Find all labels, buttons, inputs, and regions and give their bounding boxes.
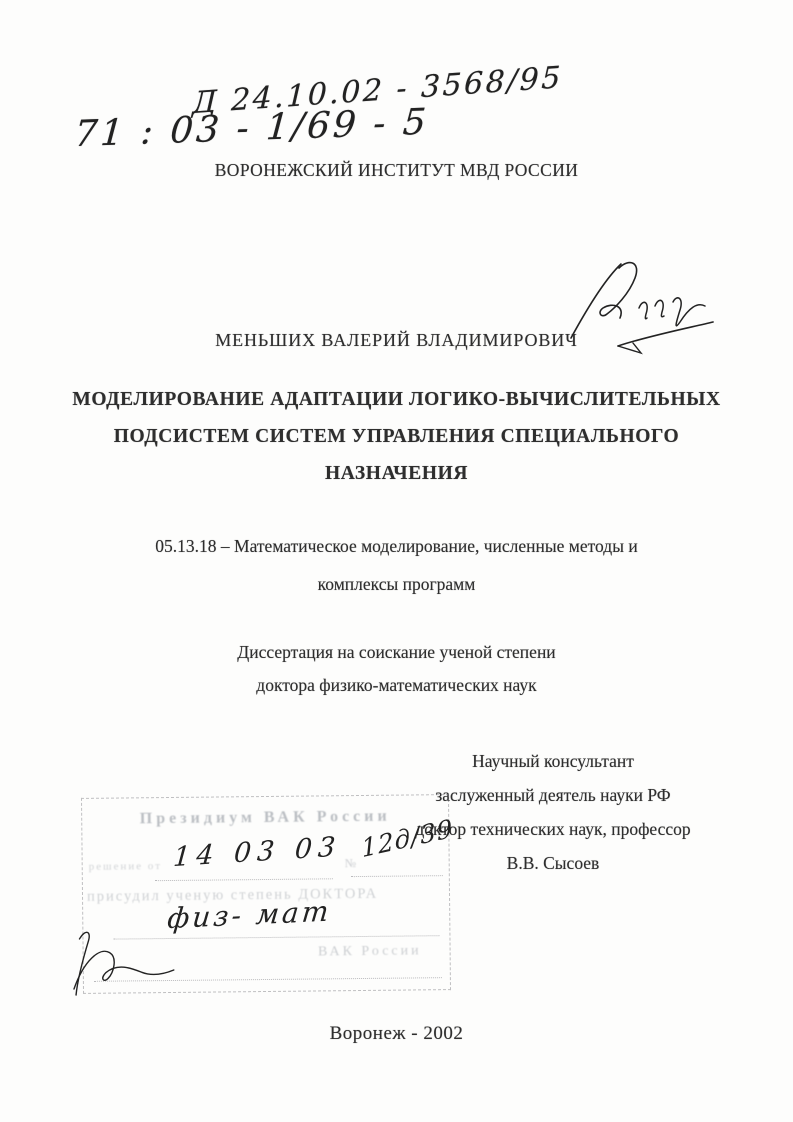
author-name: МЕНЬШИХ ВАЛЕРИЙ ВЛАДИМИРОВИЧ — [0, 330, 793, 351]
city-year: Воронеж - 2002 — [0, 1023, 793, 1045]
title-line: НАЗНАЧЕНИЯ — [0, 455, 793, 492]
stamp-footer-fragment: ВАК России — [318, 943, 422, 960]
stamp-number-sign: № — [345, 856, 357, 871]
specialty-line: комплексы программ — [0, 565, 793, 603]
specialty-line: 05.13.18 – Математическое моделирование,… — [0, 527, 793, 565]
title-line: ПОДСИСТЕМ СИСТЕМ УПРАВЛЕНИЯ СПЕЦИАЛЬНОГО — [0, 418, 793, 455]
dissertation-title: МОДЕЛИРОВАНИЕ АДАПТАЦИИ ЛОГИКО-ВЫЧИСЛИТЕ… — [0, 381, 793, 492]
stamp-rule-line — [155, 878, 333, 881]
thesis-line: доктора физико-математических наук — [0, 669, 793, 702]
consultant-line: Научный консультант — [372, 744, 734, 778]
stamp-handwritten-date: 14 03 03 — [172, 831, 342, 873]
vak-stamp: Президиум ВАК России решение от 14 03 03… — [81, 794, 451, 994]
thesis-line: Диссертация на соискание ученой степени — [0, 636, 793, 669]
handwritten-catalog-number-main: 71 : 03 - 1/69 - 5 — [73, 102, 430, 155]
stamp-decision-prefix: решение от — [89, 860, 162, 873]
stamp-rule-line — [351, 875, 443, 877]
specialty-code: 05.13.18 – Математическое моделирование,… — [0, 527, 793, 603]
title-line: МОДЕЛИРОВАНИЕ АДАПТАЦИИ ЛОГИКО-ВЫЧИСЛИТЕ… — [0, 381, 793, 418]
official-signature-icon — [69, 915, 220, 1007]
dissertation-title-page: Д 24.10.02 - 3568/95 71 : 03 - 1/69 - 5 … — [0, 0, 793, 1122]
thesis-statement: Диссертация на соискание ученой степени … — [0, 636, 793, 702]
institution-name: ВОРОНЕЖСКИЙ ИНСТИТУТ МВД РОССИИ — [0, 160, 793, 181]
